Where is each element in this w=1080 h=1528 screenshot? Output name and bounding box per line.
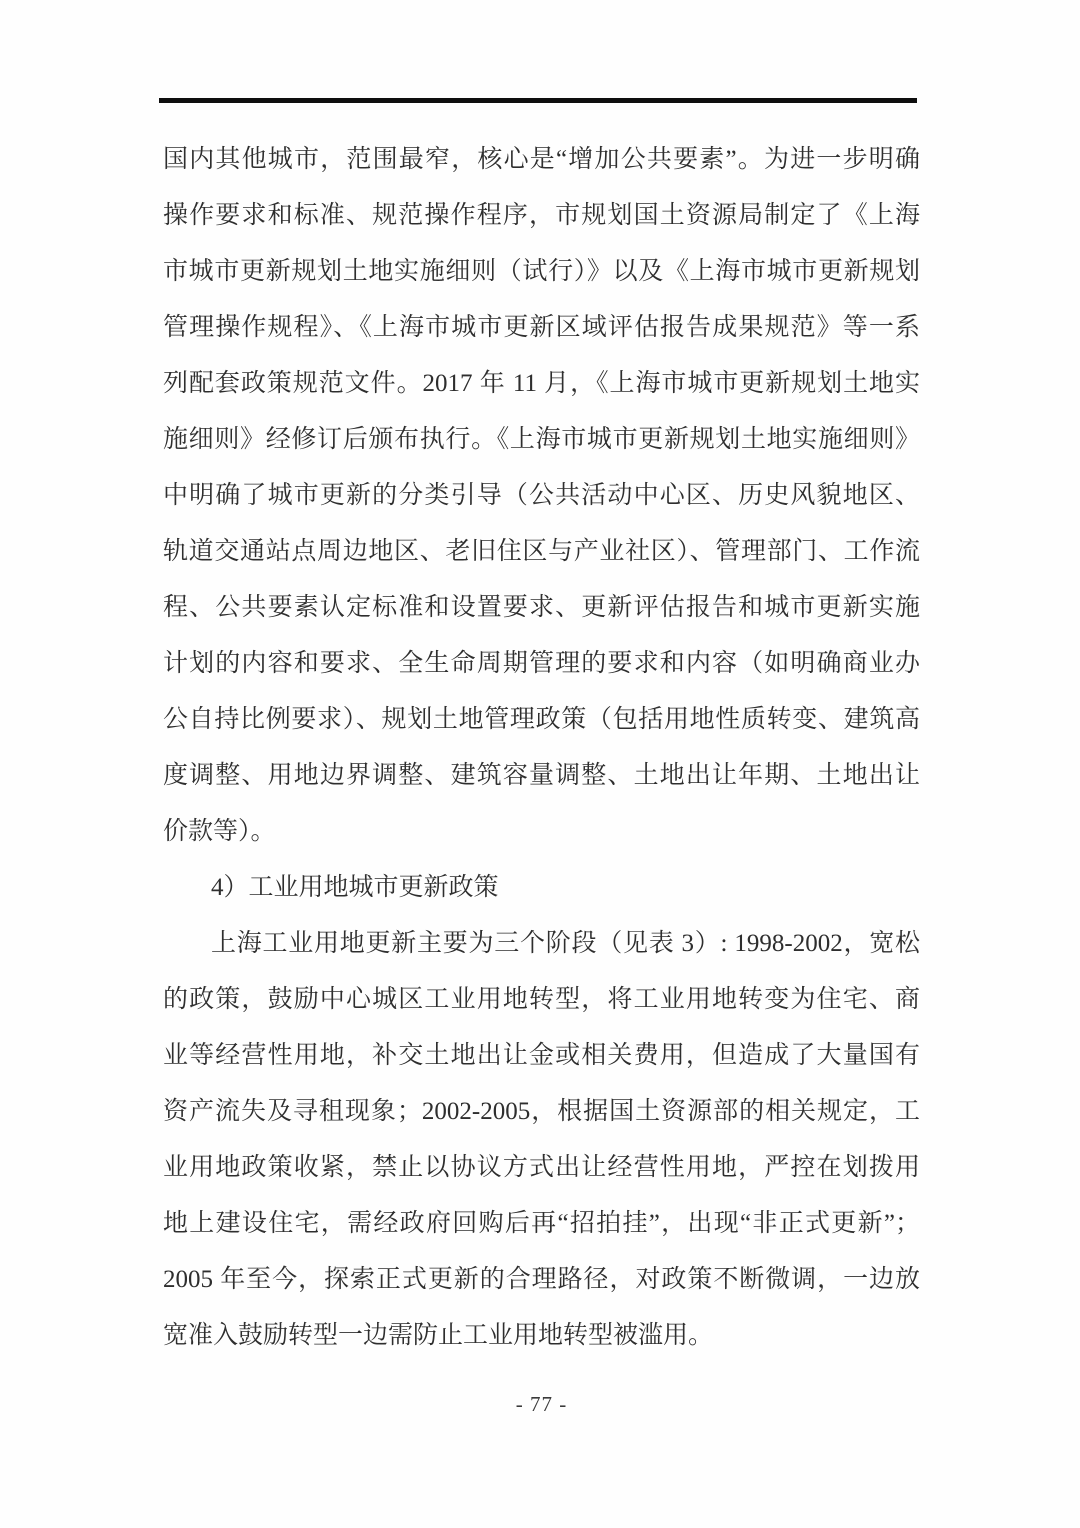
text-line: 操作要求和标准、规范操作程序，市规划国土资源局制定了《上海 <box>163 188 920 244</box>
paragraph-planning-policy-documents: 国内其他城市，范围最窄，核心是“增加公共要素”。为进一步明确操作要求和标准、规范… <box>163 132 920 860</box>
text-line: 轨道交通站点周边地区、老旧住区与产业社区）、管理部门、工作流 <box>163 524 920 580</box>
text-line: 4）工业用地城市更新政策 <box>163 860 920 916</box>
text-line: 价款等）。 <box>163 804 920 860</box>
text-line: 程、公共要素认定标准和设置要求、更新评估报告和城市更新实施 <box>163 580 920 636</box>
text-line: 施细则》经修订后颁布执行。《上海市城市更新规划土地实施细则》 <box>163 412 920 468</box>
text-line: 计划的内容和要求、全生命周期管理的要求和内容（如明确商业办 <box>163 636 920 692</box>
text-line: 宽准入鼓励转型一边需防止工业用地转型被滥用。 <box>163 1308 920 1364</box>
text-line: 上海工业用地更新主要为三个阶段（见表 3）: 1998-2002，宽松 <box>163 916 920 972</box>
text-line: 市城市更新规划土地实施细则（试行）》以及《上海市城市更新规划 <box>163 244 920 300</box>
header-rule <box>159 98 917 103</box>
document-page: 国内其他城市，范围最窄，核心是“增加公共要素”。为进一步明确操作要求和标准、规范… <box>0 0 1080 1528</box>
text-line: 地上建设住宅，需经政府回购后再“招拍挂”，出现“非正式更新”； <box>163 1196 920 1252</box>
text-block: 国内其他城市，范围最窄，核心是“增加公共要素”。为进一步明确操作要求和标准、规范… <box>163 132 920 1364</box>
text-line: 业等经营性用地，补交土地出让金或相关费用，但造成了大量国有 <box>163 1028 920 1084</box>
text-line: 国内其他城市，范围最窄，核心是“增加公共要素”。为进一步明确 <box>163 132 920 188</box>
text-line: 的政策，鼓励中心城区工业用地转型，将工业用地转变为住宅、商 <box>163 972 920 1028</box>
text-line: 2005 年至今，探索正式更新的合理路径，对政策不断微调，一边放 <box>163 1252 920 1308</box>
paragraph-industrial-land-stages: 上海工业用地更新主要为三个阶段（见表 3）: 1998-2002，宽松的政策，鼓… <box>163 916 920 1364</box>
text-line: 管理操作规程》、《上海市城市更新区域评估报告成果规范》等一系 <box>163 300 920 356</box>
text-line: 公自持比例要求）、规划土地管理政策（包括用地性质转变、建筑高 <box>163 692 920 748</box>
paragraph-industrial-land-heading: 4）工业用地城市更新政策 <box>163 860 920 916</box>
text-line: 列配套政策规范文件。2017 年 11 月，《上海市城市更新规划土地实 <box>163 356 920 412</box>
text-line: 度调整、用地边界调整、建筑容量调整、土地出让年期、土地出让 <box>163 748 920 804</box>
text-line: 中明确了城市更新的分类引导（公共活动中心区、历史风貌地区、 <box>163 468 920 524</box>
page-number: - 77 - <box>163 1392 920 1417</box>
text-line: 资产流失及寻租现象；2002-2005，根据国土资源部的相关规定，工 <box>163 1084 920 1140</box>
text-line: 业用地政策收紧，禁止以协议方式出让经营性用地，严控在划拨用 <box>163 1140 920 1196</box>
